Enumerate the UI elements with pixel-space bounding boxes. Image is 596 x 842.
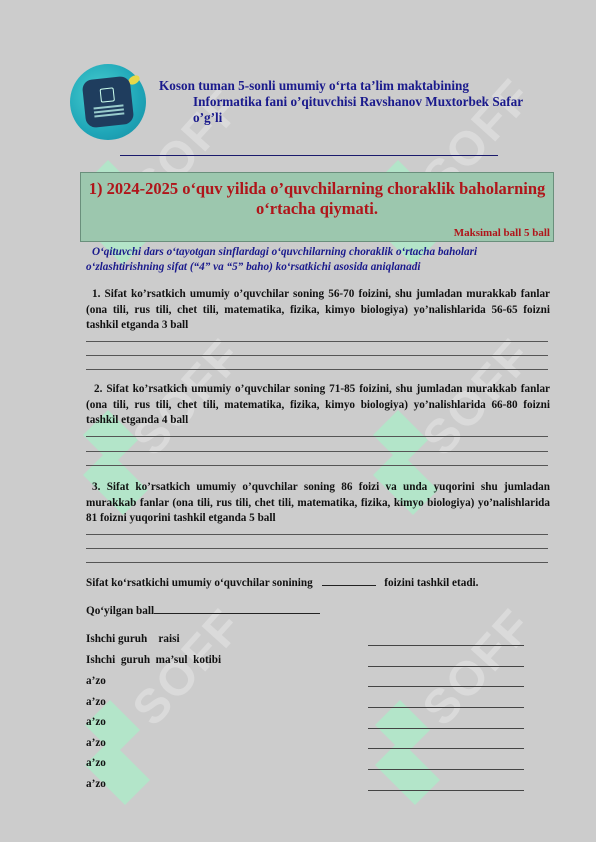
section-title-line2: o‘rtacha qiymati. <box>81 199 553 219</box>
intro-line1: O‘qituvchi dars o‘tayotgan sinflardagi o… <box>86 245 556 260</box>
header-teacher-line-cont: o’g’li <box>193 110 222 126</box>
signature-line[interactable] <box>368 686 524 687</box>
signature-line[interactable] <box>368 645 524 646</box>
signature-label: a’zo <box>86 737 106 749</box>
section-title: 1) 2024-2025 o‘quv yilida o’quvchilarnin… <box>81 179 553 219</box>
criterion-1: 1. Sifat ko’rsatkich umumiy o’quvchilar … <box>86 287 550 334</box>
answer-line[interactable] <box>86 355 548 356</box>
section-intro: O‘qituvchi dars o‘tayotgan sinflardagi o… <box>86 245 556 275</box>
signature-label: a’zo <box>86 757 106 769</box>
section-title-line1: 1) 2024-2025 o‘quv yilida o’quvchilarnin… <box>81 179 553 199</box>
score-field[interactable] <box>154 613 320 614</box>
logo-text-line <box>94 112 124 117</box>
section-title-box: 1) 2024-2025 o‘quv yilida o’quvchilarnin… <box>80 172 554 242</box>
quality-summary: Sifat ko‘rsatkichi umumiy o‘quvchilar so… <box>86 577 478 589</box>
signature-label: Ishchi guruh raisi <box>86 633 180 645</box>
score-label: Qo‘yilgan ball <box>86 605 154 617</box>
signature-label: a’zo <box>86 696 106 708</box>
signature-label: a’zo <box>86 675 106 687</box>
max-score-label: Maksimal ball 5 ball <box>454 227 550 239</box>
quality-suffix: foizini tashkil etadi. <box>384 577 478 589</box>
criterion-3: 3. Sifat ko’rsatkich umumiy o’quvchilar … <box>86 480 550 527</box>
signature-line[interactable] <box>368 707 524 708</box>
document-page: Koson tuman 5-sonli umumiy o‘rta ta’lim … <box>0 0 596 842</box>
intro-line2: o‘zlashtirishning sifat (“4” va “5” baho… <box>86 260 556 275</box>
score-row: Qo‘yilgan ball <box>86 605 320 617</box>
signature-line[interactable] <box>368 728 524 729</box>
signature-label: a’zo <box>86 778 106 790</box>
signature-line[interactable] <box>368 666 524 667</box>
quality-percent-field[interactable] <box>322 585 376 586</box>
answer-line[interactable] <box>86 562 548 563</box>
signature-line[interactable] <box>368 790 524 791</box>
answer-line[interactable] <box>86 534 548 535</box>
book-icon <box>100 87 115 102</box>
answer-line[interactable] <box>86 465 548 466</box>
header-divider <box>120 155 498 156</box>
header-school-line: Koson tuman 5-sonli umumiy o‘rta ta’lim … <box>159 78 469 94</box>
signature-line[interactable] <box>368 748 524 749</box>
signature-line[interactable] <box>368 769 524 770</box>
answer-line[interactable] <box>86 369 548 370</box>
header-teacher-line: Informatika fani o’qituvchisi Ravshanov … <box>193 94 523 110</box>
signature-label: a’zo <box>86 716 106 728</box>
logo-badge <box>82 76 135 129</box>
answer-line[interactable] <box>86 548 548 549</box>
school-emblem-icon <box>70 64 146 140</box>
answer-line[interactable] <box>86 341 548 342</box>
signature-label: Ishchi guruh ma’sul kotibi <box>86 654 221 666</box>
answer-line[interactable] <box>86 451 548 452</box>
criterion-2: 2. Sifat ko’rsatkich umumiy o’quvchilar … <box>86 382 550 429</box>
quality-prefix: Sifat ko‘rsatkichi umumiy o‘quvchilar so… <box>86 577 313 589</box>
answer-line[interactable] <box>86 436 548 437</box>
